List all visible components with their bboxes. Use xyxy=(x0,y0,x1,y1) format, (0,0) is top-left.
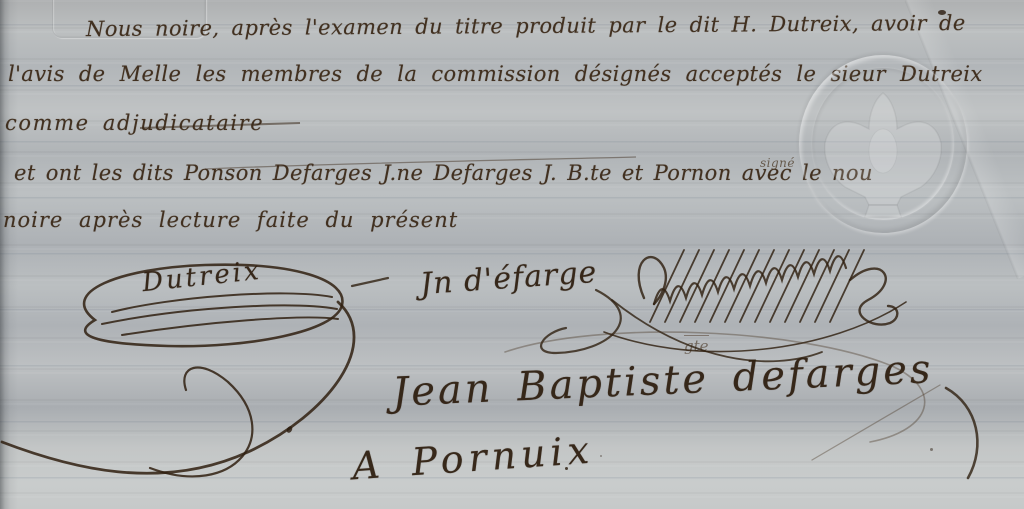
body-line-5: noire après lecture faite du présent xyxy=(3,208,458,232)
signature-jn-defarge: Jn d'éfarge xyxy=(419,255,598,302)
ink-speck xyxy=(930,448,933,451)
interline-insert-signe: signé xyxy=(760,156,795,170)
dutreix-paraph-flourish xyxy=(2,265,354,477)
document-page: Nous noire, après l'examen du titre prod… xyxy=(0,0,1024,509)
ink-speck xyxy=(938,10,946,15)
signature-dutreix: Dutreix xyxy=(141,256,263,298)
signature-jean-baptiste-defarges: Jean Baptiste defarges xyxy=(391,346,934,416)
ink-speck xyxy=(286,425,294,434)
embossed-notarial-seal xyxy=(799,55,967,233)
signature-pornon-hatched xyxy=(604,250,906,352)
ink-speck xyxy=(565,467,568,470)
ink-speck xyxy=(600,455,602,457)
body-line-4: et ont les dits Ponson Defarges J.ne Def… xyxy=(14,161,873,185)
seal-inner-ring xyxy=(812,68,954,220)
signature-a-pornuix: A Pornuix xyxy=(351,428,596,489)
body-line-1: Nous noire, après l'examen du titre prod… xyxy=(86,11,966,41)
body-line-3: comme adjudicataire xyxy=(5,111,264,135)
superscript-gte-mark: gte xyxy=(684,335,709,355)
